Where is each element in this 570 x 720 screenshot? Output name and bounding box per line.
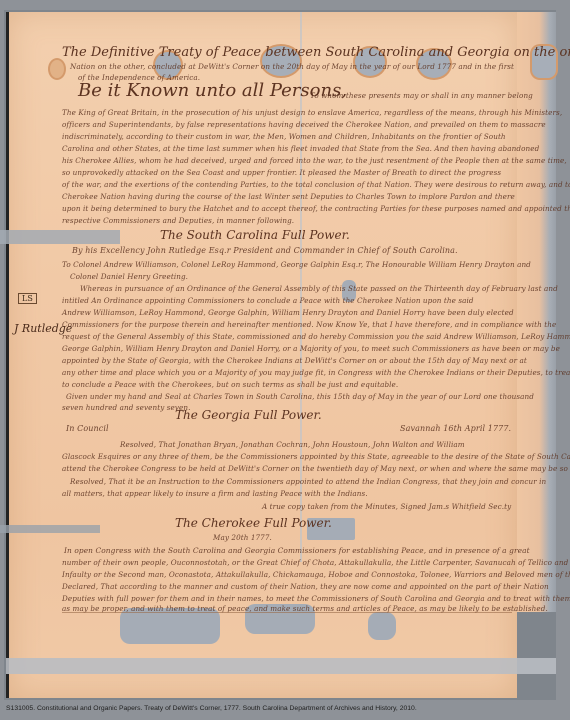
georgia-dateline: Savannah 16th April 1777. bbox=[400, 424, 511, 433]
preamble-line: indiscriminately, according to their cus… bbox=[62, 132, 506, 141]
paper-right-edge bbox=[514, 12, 556, 612]
section-line: Given under my hand and Seal at Charles … bbox=[66, 392, 534, 401]
section-line: Commissioners for the purpose therein an… bbox=[62, 320, 556, 329]
preamble-line: officers and Superintendants, by false r… bbox=[62, 120, 546, 129]
opening-formula-tail: To whom these presents may or shall in a… bbox=[310, 91, 533, 100]
paper-stain bbox=[50, 60, 64, 78]
section-line: Whereas in pursuance of an Ordinance of … bbox=[80, 284, 558, 293]
treaty-title-line-2: Nation on the other, concluded at DeWitt… bbox=[70, 62, 514, 71]
ruled-line bbox=[62, 612, 512, 613]
attestation-line: A true copy taken from the Minutes, Sign… bbox=[262, 502, 511, 511]
repair-tape-bottom bbox=[6, 658, 556, 674]
section-heading: The South Carolina Full Power. bbox=[160, 228, 350, 242]
section-line: Declared, That according to the manner a… bbox=[62, 582, 549, 591]
seal-mark-ls: LS bbox=[18, 293, 37, 304]
section-line: appointed by the State of Georgia, with … bbox=[62, 356, 527, 365]
preamble-line: Carolina and other States, at the time l… bbox=[62, 144, 539, 153]
section-line: Resolved, That it be an Instruction to t… bbox=[70, 477, 546, 486]
preamble-line: of the war, and the exertions of the con… bbox=[62, 180, 570, 189]
governor-signature: J Rutledge bbox=[14, 322, 72, 335]
section-line: all matters, that appear likely to insur… bbox=[62, 489, 368, 498]
section-line: Colonel Daniel Henry Greeting. bbox=[70, 272, 188, 281]
section-heading: The Georgia Full Power. bbox=[175, 408, 322, 422]
section-line: Deputies with full power for them and in… bbox=[62, 594, 570, 603]
section-line: Andrew Williamson, LeRoy Hammond, George… bbox=[62, 308, 514, 317]
section-line: Infaulty or the Second man, Oconastota, … bbox=[62, 570, 570, 579]
section-line: to conclude a Peace with the Cherokees, … bbox=[62, 380, 398, 389]
preamble-line: so unprovokedly attacked on the Sea Coas… bbox=[62, 168, 501, 177]
preamble-line: upon it being determined to bury the Hat… bbox=[62, 204, 570, 213]
repair-patch bbox=[368, 612, 396, 640]
repair-patch bbox=[120, 608, 220, 644]
preamble-line: respective Commissioners and Deputies, i… bbox=[62, 216, 294, 225]
preamble-line: Cherokee Nation having during the course… bbox=[62, 192, 515, 201]
archive-caption: S131005. Constitutional and Organic Pape… bbox=[6, 705, 417, 712]
treaty-title-line-1: The Definitive Treaty of Peace between S… bbox=[62, 45, 570, 60]
section-heading: The Cherokee Full Power. bbox=[175, 516, 332, 530]
opening-formula: Be it Known unto all Persons, bbox=[78, 80, 347, 101]
preamble-line: his Cherokee Allies, whom he had deceive… bbox=[62, 156, 567, 165]
section-line: any other time and place which you or a … bbox=[62, 368, 570, 377]
repair-tape-left-lower bbox=[0, 525, 100, 533]
section-line: In open Congress with the South Carolina… bbox=[64, 546, 530, 555]
repair-tape-left bbox=[0, 230, 120, 244]
cherokee-dateline: May 20th 1777. bbox=[213, 533, 272, 542]
section-line: Glascock Esquires or any three of them, … bbox=[62, 452, 570, 461]
section-line: To Colonel Andrew Williamson, Colonel Le… bbox=[62, 260, 531, 269]
section-line: request of the General Assembly of this … bbox=[62, 332, 570, 341]
section-line: number of their own people, Ouconnostota… bbox=[62, 558, 570, 567]
preamble-line: The King of Great Britain, in the prosec… bbox=[62, 108, 562, 117]
section-line: attend the Cherokee Congress to be held … bbox=[62, 464, 570, 473]
section-line: intitled An Ordinance appointing Commiss… bbox=[62, 296, 474, 305]
section-line: Resolved, That Jonathan Bryan, Jonathan … bbox=[120, 440, 465, 449]
section-line: By his Excellency John Rutledge Esq.r Pr… bbox=[72, 246, 458, 255]
section-line: George Galphin, William Henry Drayton an… bbox=[62, 344, 560, 353]
section-line: seven hundred and seventy seven. bbox=[62, 403, 191, 412]
in-council-label: In Council bbox=[66, 424, 109, 433]
